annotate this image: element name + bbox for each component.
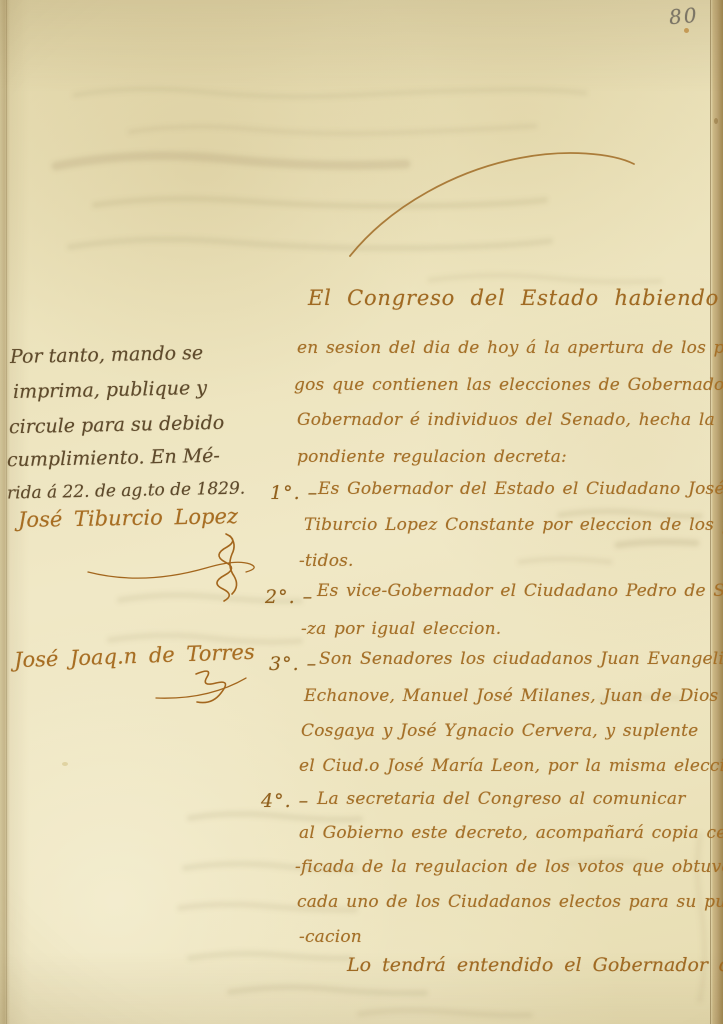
article-line: cada uno de los Ciudadanos electos para …	[297, 892, 723, 912]
article-number: 1°. –	[270, 482, 318, 504]
body-line: pondiente regulacion decreta:	[297, 447, 567, 467]
foxing-speck	[684, 28, 689, 33]
article-line: Echanove, Manuel José Milanes, Juan de D…	[304, 686, 718, 706]
article-number: 4°. –	[261, 790, 309, 812]
paper-torn-left-edge	[0, 0, 10, 1024]
article-number: 2°. –	[265, 586, 313, 608]
article-line: Tiburcio Lopez Constante por eleccion de…	[304, 515, 723, 535]
closing-line: Lo tendrá entendido el Gobernador del	[347, 954, 723, 976]
article-line: -cacion	[299, 927, 362, 947]
article-line: el Ciud.o José María Leon, por la misma …	[299, 756, 723, 776]
signature-jose-tiburcio-lopez: José Tiburcio Lopez	[18, 504, 238, 532]
article-line: Cosgaya y José Ygnacio Cervera, y suplen…	[301, 721, 698, 741]
article-line: Es Gobernador del Estado el Ciudadano Jo…	[318, 479, 723, 499]
signature-jose-joaquin-de-torres: José Joaq.n de Torres	[14, 640, 255, 672]
manuscript-page: 80 Por tanto, mando se imprima, publique…	[0, 0, 723, 1024]
body-line: Gobernador é individuos del Senado, hech…	[297, 410, 723, 430]
body-line: gos que contienen las elecciones de Gobe…	[294, 375, 723, 395]
article-number: 3°. –	[269, 653, 317, 675]
article-line: -tidos.	[299, 551, 354, 571]
article-line: Es vice-Gobernador el Ciudadano Pedro de…	[317, 581, 723, 601]
page-number: 80	[668, 3, 699, 29]
article-line: La secretaria del Congreso al comunicar	[317, 789, 686, 809]
foxing-speck	[62, 762, 68, 766]
margin-note-line: cumplimiento. En Mé-	[7, 445, 220, 471]
body-line: El Congreso del Estado habiendo procedid…	[308, 286, 723, 310]
foxing-speck	[714, 118, 718, 124]
body-line: en sesion del dia de hoy á la apertura d…	[297, 338, 723, 358]
article-line: Son Senadores los ciudadanos Juan Evange…	[319, 649, 723, 669]
margin-note-line: rida á 22. de ag.to de 1829.	[7, 479, 246, 504]
article-line: -ficada de la regulacion de los votos qu…	[295, 857, 723, 877]
margin-note-line: Por tanto, mando se	[10, 342, 204, 368]
margin-note-line: circule para su debido	[9, 412, 225, 439]
article-line: -za por igual eleccion.	[301, 619, 501, 639]
margin-note-line: imprima, publique y	[13, 377, 207, 403]
article-line: al Gobierno este decreto, acompañará cop…	[299, 823, 723, 843]
